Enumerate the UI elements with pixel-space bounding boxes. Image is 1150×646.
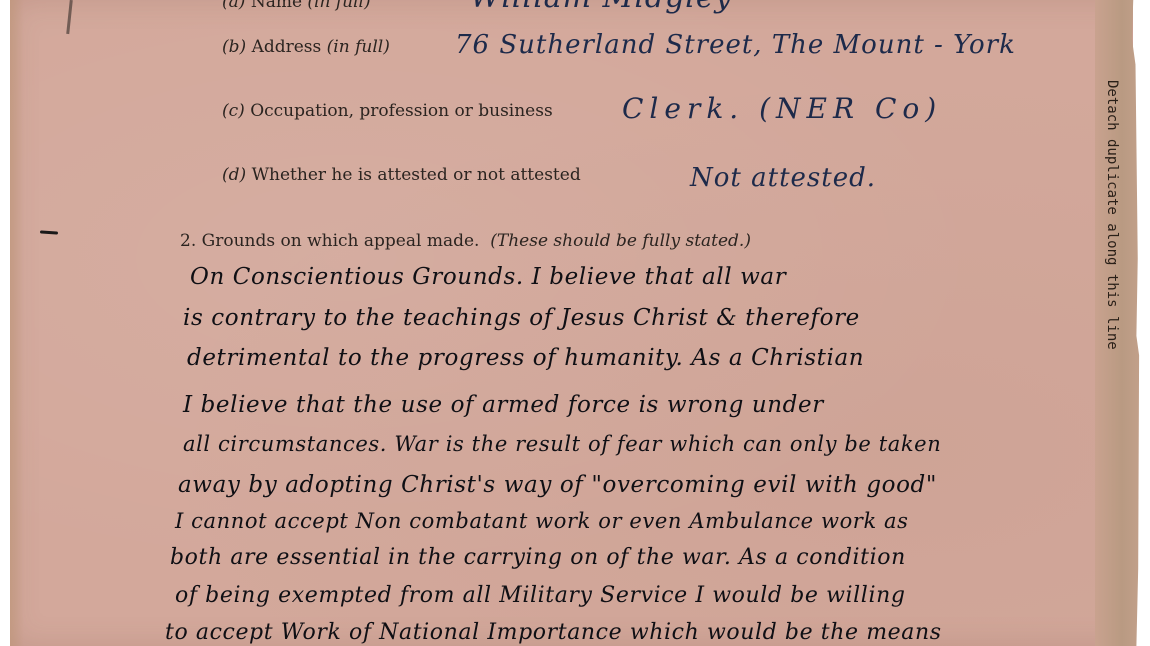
label-prefix: (c) (222, 101, 245, 121)
grounds-line: I cannot accept Non combatant work or ev… (175, 509, 909, 533)
grounds-line: is contrary to the teachings of Jesus Ch… (183, 305, 860, 331)
field-label-name: (a) Name (in full) (222, 0, 371, 12)
field-value-occupation: Clerk. (NER Co) (622, 92, 942, 125)
label-text: Occupation, profession or business (250, 101, 553, 121)
grounds-line: detrimental to the progress of humanity.… (187, 345, 864, 371)
grounds-line: On Conscientious Grounds. I believe that… (190, 264, 786, 290)
field-value-name: William Midgley (470, 0, 733, 15)
section-heading-grounds: 2. Grounds on which appeal made. (These … (180, 231, 751, 251)
label-prefix: (d) (222, 165, 246, 185)
label-prefix: (a) (222, 0, 245, 12)
label-text: Whether he is attested or not attested (252, 165, 581, 185)
label-text: Address (252, 37, 322, 57)
grounds-line: both are essential in the carrying on of… (170, 545, 906, 570)
label-qualifier: (in full) (327, 37, 390, 57)
label-prefix: (b) (222, 37, 246, 57)
field-label-attested: (d) Whether he is attested or not attest… (222, 165, 581, 185)
section-title: Grounds on which appeal made. (202, 231, 480, 251)
section-number: 2. (180, 231, 196, 251)
field-label-address: (b) Address (in full) (222, 37, 390, 57)
grounds-line: to accept Work of National Importance wh… (165, 620, 942, 645)
grounds-line: all circumstances. War is the result of … (183, 432, 941, 456)
field-value-attested: Not attested. (690, 163, 876, 193)
field-label-occupation: (c) Occupation, profession or business (222, 101, 553, 121)
grounds-line: away by adopting Christ's way of "overco… (178, 472, 937, 498)
grounds-line: I believe that the use of armed force is… (183, 392, 824, 418)
label-qualifier: (in full) (307, 0, 370, 12)
grounds-line: of being exempted from all Military Serv… (175, 583, 906, 608)
field-value-address: 76 Sutherland Street, The Mount - York (455, 30, 1016, 60)
detach-line-note: Detach duplicate along this line (1104, 80, 1120, 350)
paper-edge (10, 0, 24, 646)
section-note: (These should be fully stated.) (490, 231, 751, 251)
label-text: Name (251, 0, 302, 12)
